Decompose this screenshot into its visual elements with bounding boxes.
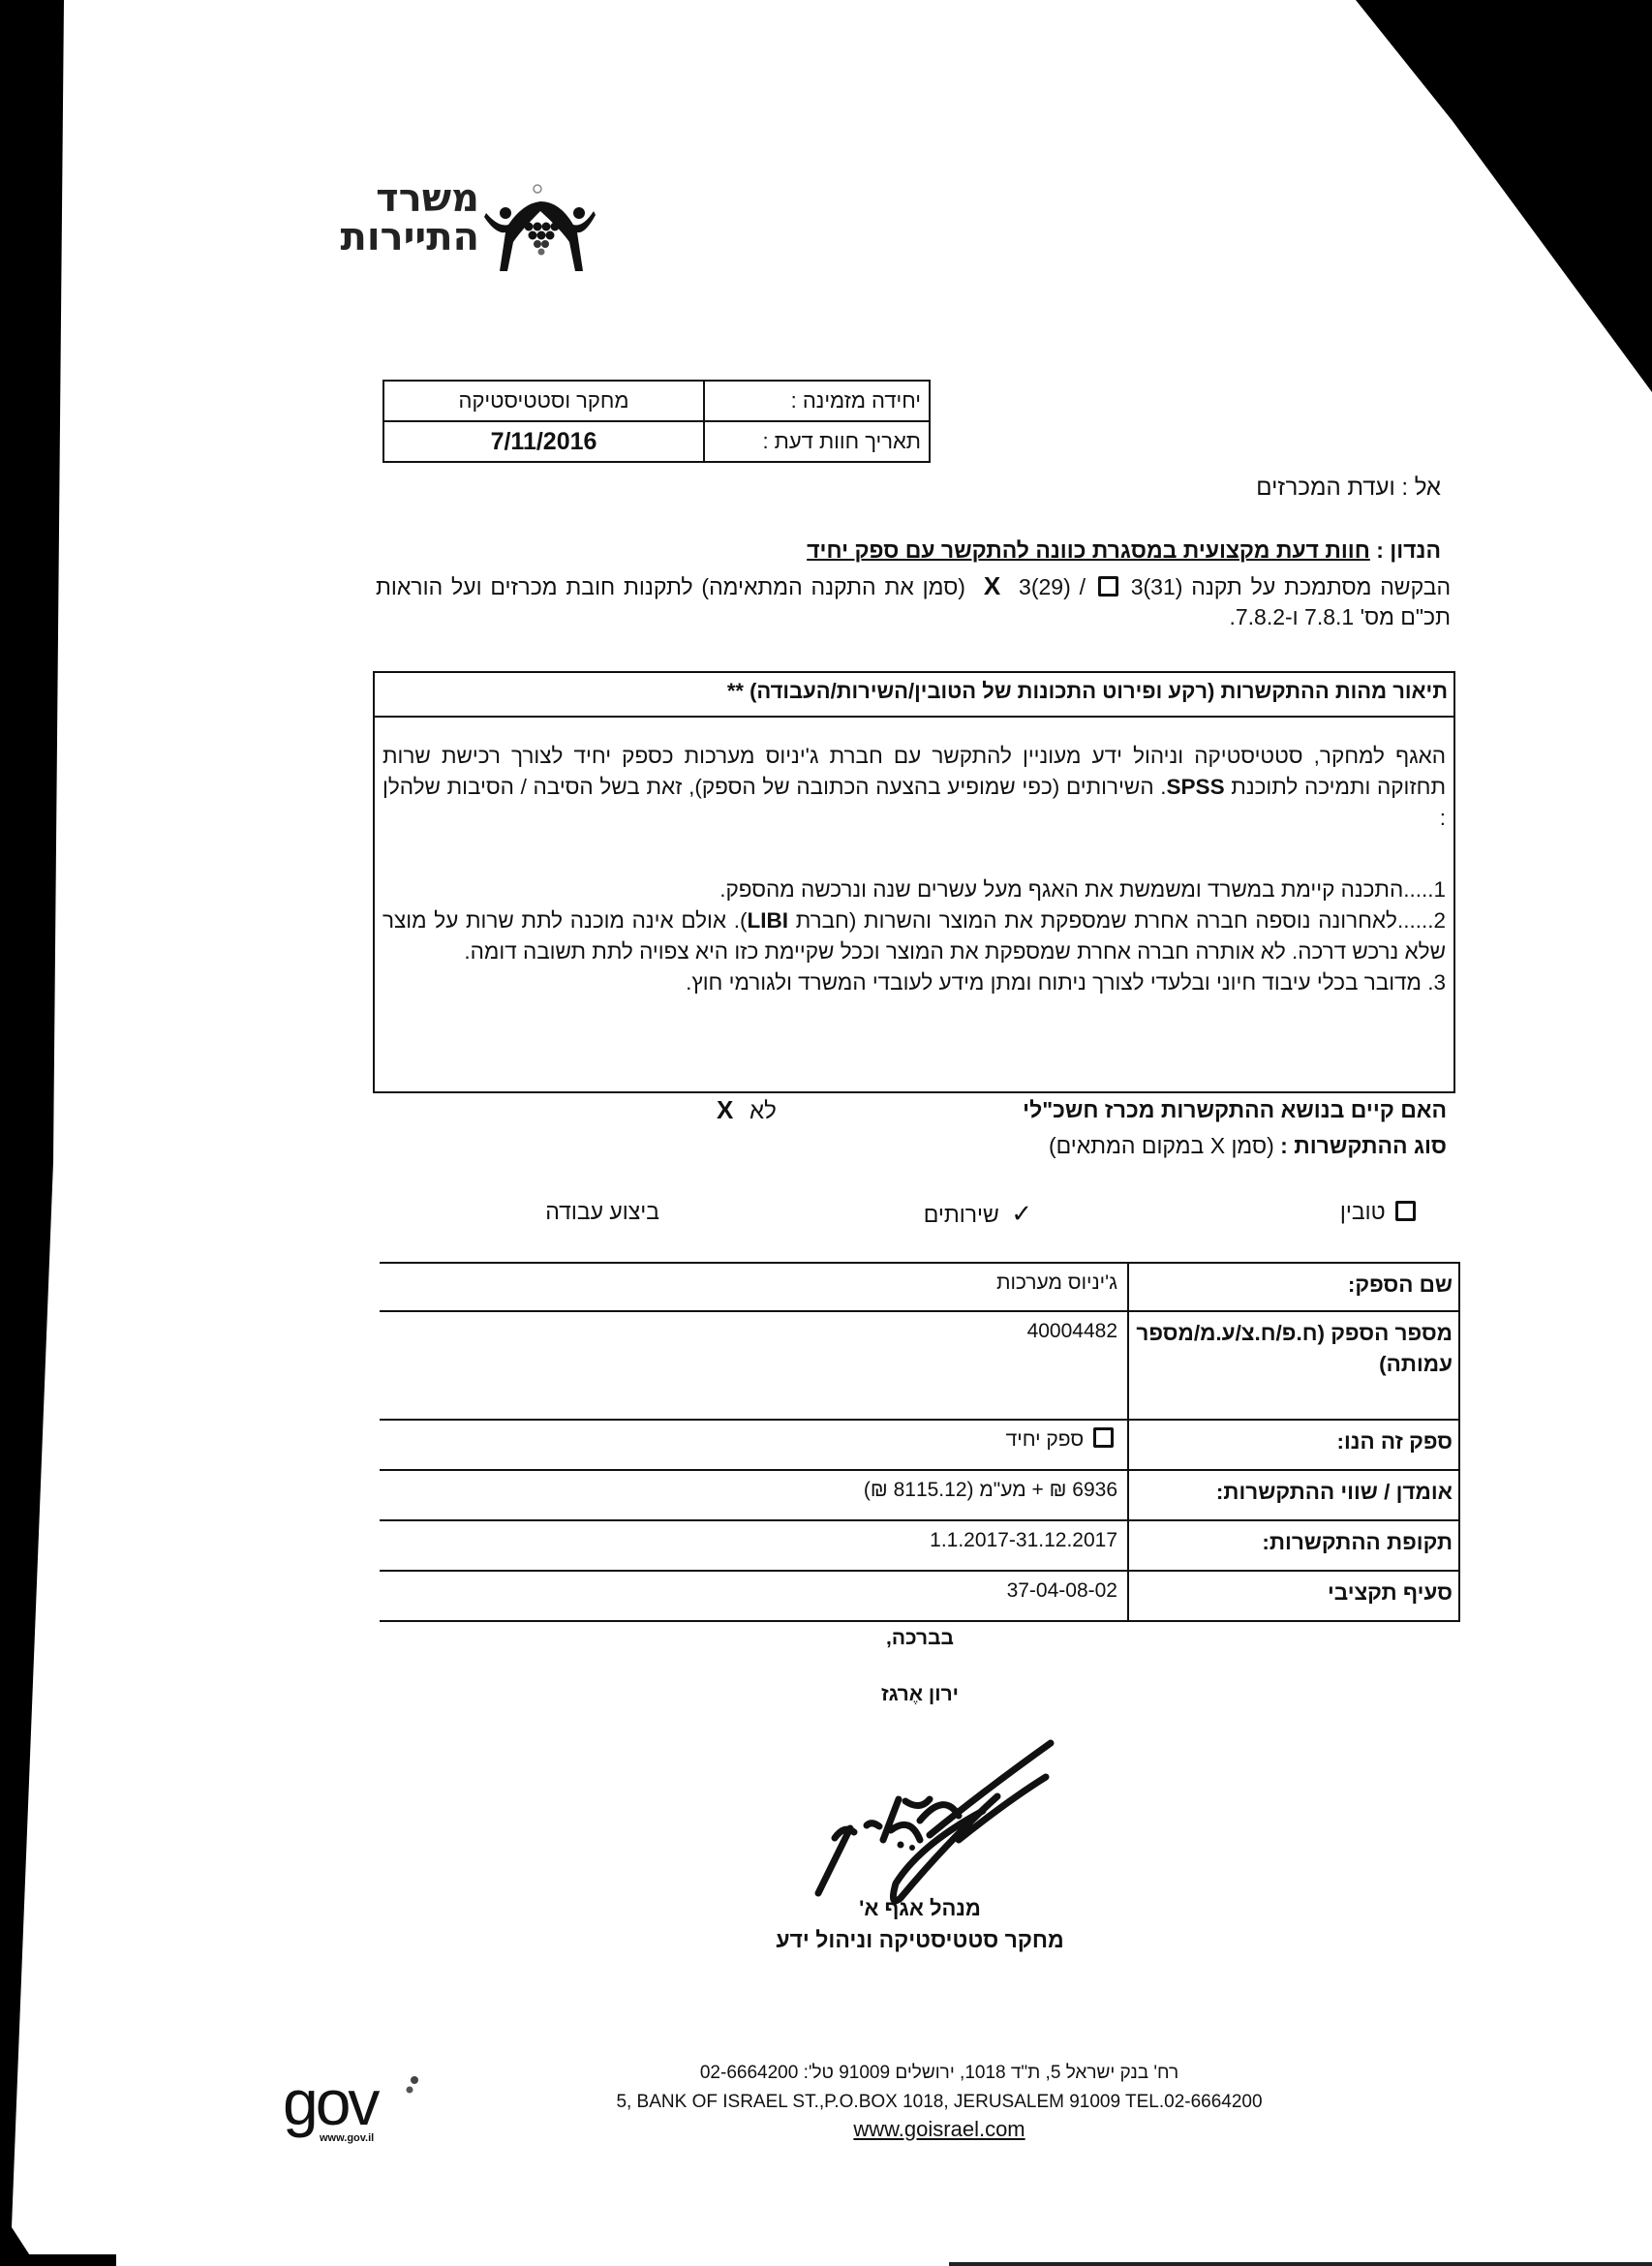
checkbox-empty-icon xyxy=(1395,1201,1416,1221)
tender-answer: לא X xyxy=(707,1095,777,1125)
scan-border-left xyxy=(0,0,68,2266)
table-row: אומדן / שווי ההתקשרות: 6936 ₪ + מע"מ (81… xyxy=(380,1470,1459,1520)
tender-answer-text: לא xyxy=(750,1098,777,1124)
unit-date-table: יחידה מזמינה : מחקר וסטטיסטיקה תאריך חוו… xyxy=(382,380,931,463)
opinion-date-label: תאריך חוות דעת : xyxy=(704,421,930,462)
subject-line: הנדון : חוות דעת מקצועית במסגרת כוונה לה… xyxy=(807,537,1441,564)
selected-mark: X xyxy=(984,571,1000,600)
description-intro: האגף למחקר, סטטיסטיקה וניהול ידע מעוניין… xyxy=(382,741,1446,834)
subject-text: חוות דעת מקצועית במסגרת כוונה להתקשר עם … xyxy=(807,537,1370,563)
ministry-logo: משרד התיירות xyxy=(295,179,596,271)
addressee: אל : ועדת המכרזים xyxy=(1256,475,1441,502)
footer-address-english: 5, BANK OF ISRAEL ST.,P.O.BOX 1018, JERU… xyxy=(542,2092,1336,2113)
tender-question: האם קיים בנושא ההתקשרות מכרז חשכ"לי xyxy=(1023,1097,1447,1123)
tender-answer-mark: X xyxy=(717,1095,733,1124)
type-work-label: ביצוע עבודה xyxy=(545,1199,659,1224)
supplier-table: שם הספק: ג'יניוס מערכות מספר הספק (ח.פ/ח… xyxy=(380,1262,1460,1622)
type-option-services: ✓ שירותים xyxy=(924,1199,1032,1229)
opinion-date-value: 7/11/2016 xyxy=(383,421,704,462)
product-name: SPSS xyxy=(1167,775,1225,799)
supplier-type-value: ספק יחיד xyxy=(1006,1428,1085,1451)
reason-2: 2......לאחרונה נוספה חברה אחרת שמספקת את… xyxy=(382,905,1446,967)
gov-logo: gov www.gov.il xyxy=(283,2070,428,2158)
type-option-goods: טובין xyxy=(1340,1199,1420,1225)
type-services-label: שירותים xyxy=(924,1202,999,1227)
greeting: בברכה, xyxy=(736,1627,1104,1650)
description-heading: תיאור מהות ההתקשרות (רקע ופירוט התכונות … xyxy=(375,673,1453,718)
subject-prefix: הנדון : xyxy=(1376,537,1441,563)
footer-website-link[interactable]: www.goisrael.com xyxy=(542,2117,1336,2142)
supplier-name-value: ג'יניוס מערכות xyxy=(380,1263,1128,1311)
checkbox-empty-icon xyxy=(1098,576,1118,597)
signer-name: ירון אֶרגז xyxy=(736,1683,1104,1706)
checkmark-icon: ✓ xyxy=(1011,1199,1032,1228)
reason-2-text-a: 2......לאחרונה נוספה חברה אחרת שמספקת את… xyxy=(796,908,1446,933)
signer-department: מחקר סטטיסטיקה וניהול ידע xyxy=(736,1927,1104,1953)
supplier-name-label: שם הספק: xyxy=(1128,1263,1459,1311)
regulation-option-1: 3(29) xyxy=(1019,574,1071,599)
gov-logo-text: gov xyxy=(283,2070,377,2134)
scan-border-corner xyxy=(1356,0,1652,397)
ordering-unit-value: מחקר וסטטיסטיקה xyxy=(383,381,704,421)
budget-item-label: סעיף תקציבי xyxy=(1128,1571,1459,1621)
type-option-work: ביצוע עבודה xyxy=(545,1199,659,1225)
reason-3: 3. מדובר בכלי עיבוד חיוני ובלעדי לצורך נ… xyxy=(382,967,1446,998)
estimate-value: 6936 ₪ + מע"מ (8115.12 ₪) xyxy=(380,1470,1128,1520)
request-part1: הבקשה מסתמכת על תקנה xyxy=(1191,574,1451,599)
engagement-type-instruction: (סמן X במקום המתאים) xyxy=(1049,1133,1274,1158)
engagement-type-line: סוג ההתקשרות : (סמן X במקום המתאים) xyxy=(1049,1133,1447,1159)
scan-border-bottom-line xyxy=(949,2262,1652,2266)
supplier-number-label: מספר הספק (ח.פ/ח.צ/ע.מ/מספר עמותה) xyxy=(1128,1311,1459,1420)
signer-title: מנהל אגף א' xyxy=(736,1896,1104,1921)
period-value: 1.1.2017-31.12.2017 xyxy=(380,1520,1128,1571)
ordering-unit-label: יחידה מזמינה : xyxy=(704,381,930,421)
engagement-description-box: תיאור מהות ההתקשרות (רקע ופירוט התכונות … xyxy=(373,671,1455,1093)
scan-border-bottom xyxy=(0,2254,116,2266)
supplier-number-value: 40004482 xyxy=(380,1311,1128,1420)
budget-item-value: 37-04-08-02 xyxy=(380,1571,1128,1621)
separator: / xyxy=(1080,574,1086,599)
competitor-name: LIBI xyxy=(747,908,788,933)
regulation-option-2: 3(31) xyxy=(1131,574,1183,599)
table-row: תאריך חוות דעת : 7/11/2016 xyxy=(383,421,930,462)
table-row: מספר הספק (ח.פ/ח.צ/ע.מ/מספר עמותה) 40004… xyxy=(380,1311,1459,1420)
logo-line-1: משרד xyxy=(341,179,480,218)
request-paragraph: הבקשה מסתמכת על תקנה X 3(29) / 3(31) (סמ… xyxy=(376,571,1451,632)
supplier-type-cell: ספק יחיד xyxy=(380,1420,1128,1470)
estimate-label: אומדן / שווי ההתקשרות: xyxy=(1128,1470,1459,1520)
supplier-type-label: ספק זה הנו: xyxy=(1128,1420,1459,1470)
handwritten-signature xyxy=(775,1724,1065,1908)
reason-1: 1.....התכנה קיימת במשרד ומשמשת את האגף מ… xyxy=(382,874,1446,905)
period-label: תקופת ההתקשרות: xyxy=(1128,1520,1459,1571)
ministry-logo-text: משרד התיירות xyxy=(341,179,480,257)
table-row: יחידה מזמינה : מחקר וסטטיסטיקה xyxy=(383,381,930,421)
gov-logo-url: www.gov.il xyxy=(320,2132,374,2144)
description-body: האגף למחקר, סטטיסטיקה וניהול ידע מעוניין… xyxy=(382,741,1446,998)
checkbox-empty-icon xyxy=(1093,1427,1114,1448)
table-row: תקופת ההתקשרות: 1.1.2017-31.12.2017 xyxy=(380,1520,1459,1571)
footer-address-hebrew: רח' בנק ישראל 5, ת"ד 1018, ירושלים 91009… xyxy=(542,2063,1336,2084)
table-row: שם הספק: ג'יניוס מערכות xyxy=(380,1263,1459,1311)
tourism-ministry-figures-grapes-icon xyxy=(484,184,596,271)
table-row: ספק זה הנו: ספק יחיד xyxy=(380,1420,1459,1470)
type-goods-label: טובין xyxy=(1340,1199,1386,1224)
table-row: סעיף תקציבי 37-04-08-02 xyxy=(380,1571,1459,1621)
logo-line-2: התיירות xyxy=(341,218,480,257)
engagement-type-label: סוג ההתקשרות : xyxy=(1280,1133,1447,1158)
gov-logo-dots-icon xyxy=(403,2074,422,2103)
